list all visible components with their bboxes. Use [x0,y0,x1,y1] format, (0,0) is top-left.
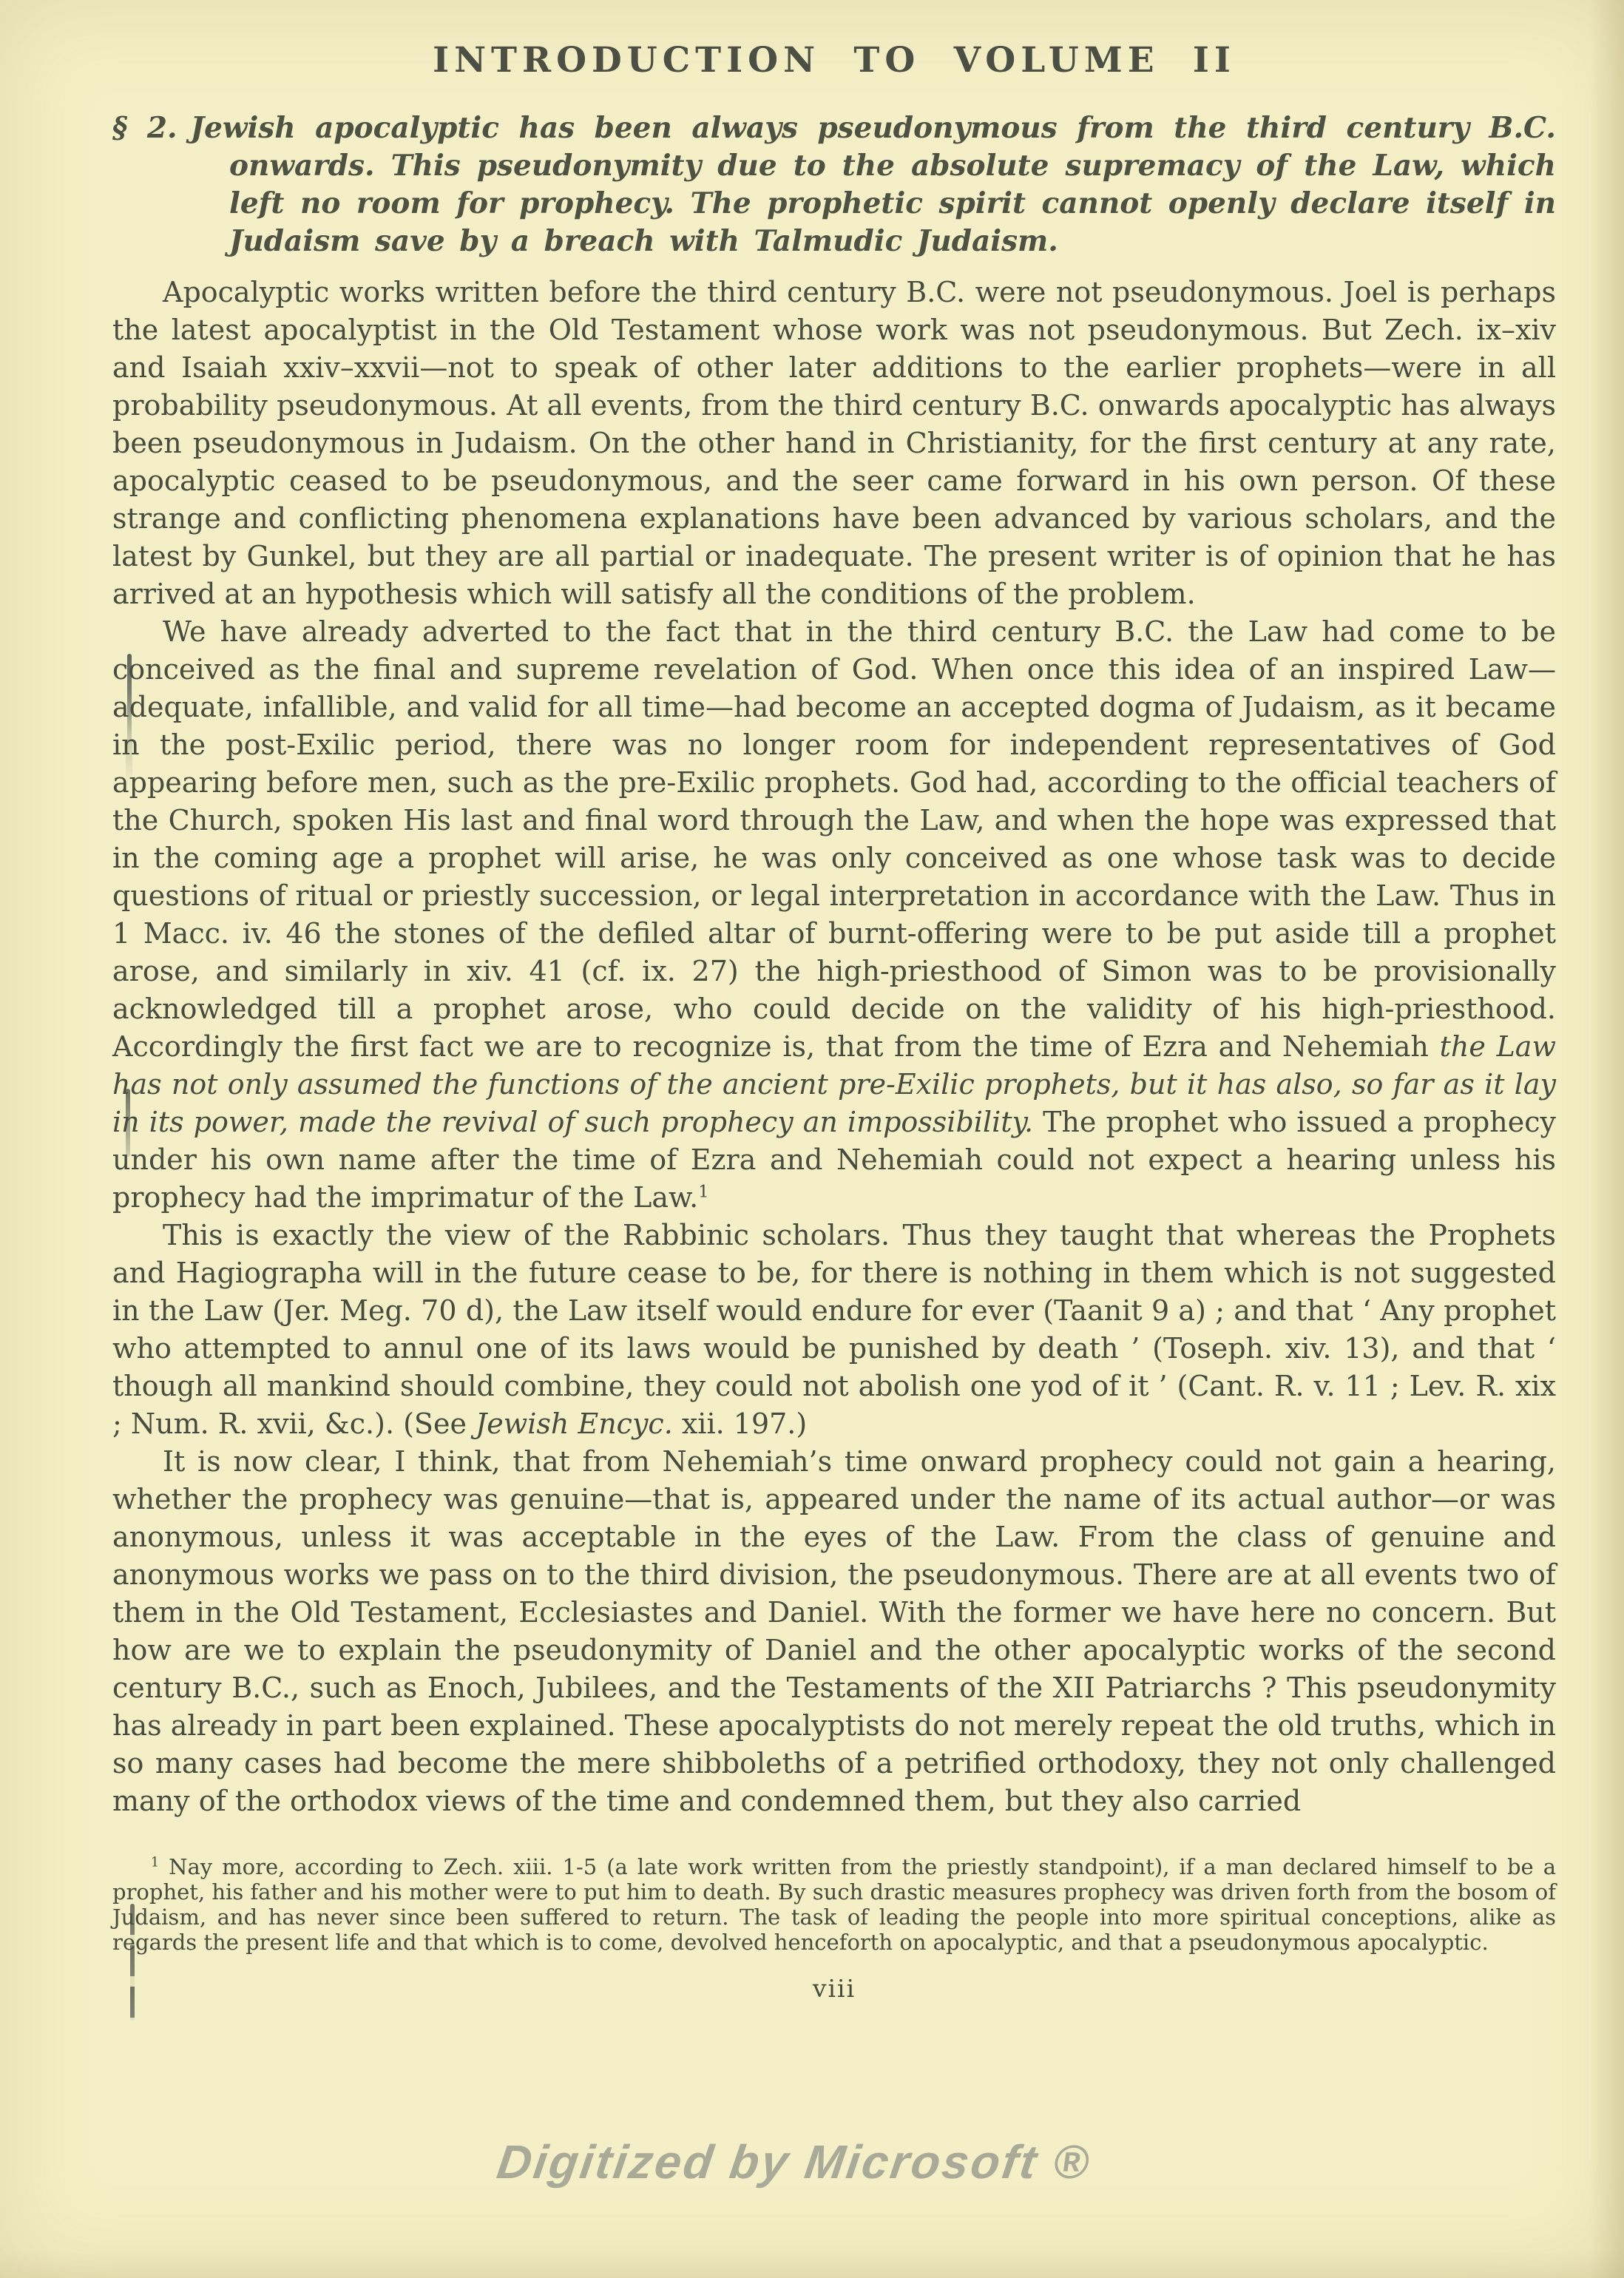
paragraph-1-text: Apocalyptic works written before the thi… [112,276,1556,610]
scanned-book-page: INTRODUCTION TO VOLUME II § 2.Jewish apo… [0,0,1624,2278]
page-content: INTRODUCTION TO VOLUME II § 2.Jewish apo… [112,38,1556,2003]
section-summary: § 2.Jewish apocalyptic has been always p… [112,109,1556,260]
paragraph-1: Apocalyptic works written before the thi… [112,274,1556,613]
page-edge-shadow-bottom [0,2251,1624,2278]
paragraph-3-italic-title: Jewish Encyc. [476,1407,673,1440]
body-text: Apocalyptic works written before the thi… [112,274,1556,1820]
page-title: INTRODUCTION TO VOLUME II [112,38,1556,83]
section-summary-text: Jewish apocalyptic has been always pseud… [191,111,1556,258]
footnote-text: Nay more, according to Zech. xiii. 1-5 (… [112,1854,1556,1955]
paragraph-4: It is now clear, I think, that from Nehe… [112,1443,1556,1820]
paragraph-2: We have already adverted to the fact tha… [112,613,1556,1217]
paragraph-3-text: This is exactly the view of the Rabbinic… [112,1219,1556,1440]
footnote-marker: 1 [151,1855,159,1870]
section-mark: § 2. [112,111,191,145]
footnote: 1 Nay more, according to Zech. xiii. 1-5… [112,1854,1556,1955]
paragraph-4-text: It is now clear, I think, that from Nehe… [112,1445,1556,1817]
page-number: viii [112,1974,1556,2003]
footnote-reference-marker: 1 [698,1182,709,1201]
digitized-watermark: Digitized by Microsoft ® [494,2135,1094,2189]
paragraph-3-text-cont: xii. 197.) [673,1407,807,1440]
page-edge-shadow-right [1590,0,1624,2278]
paragraph-3: This is exactly the view of the Rabbinic… [112,1217,1556,1443]
paragraph-2-text: We have already adverted to the fact tha… [112,615,1556,1063]
